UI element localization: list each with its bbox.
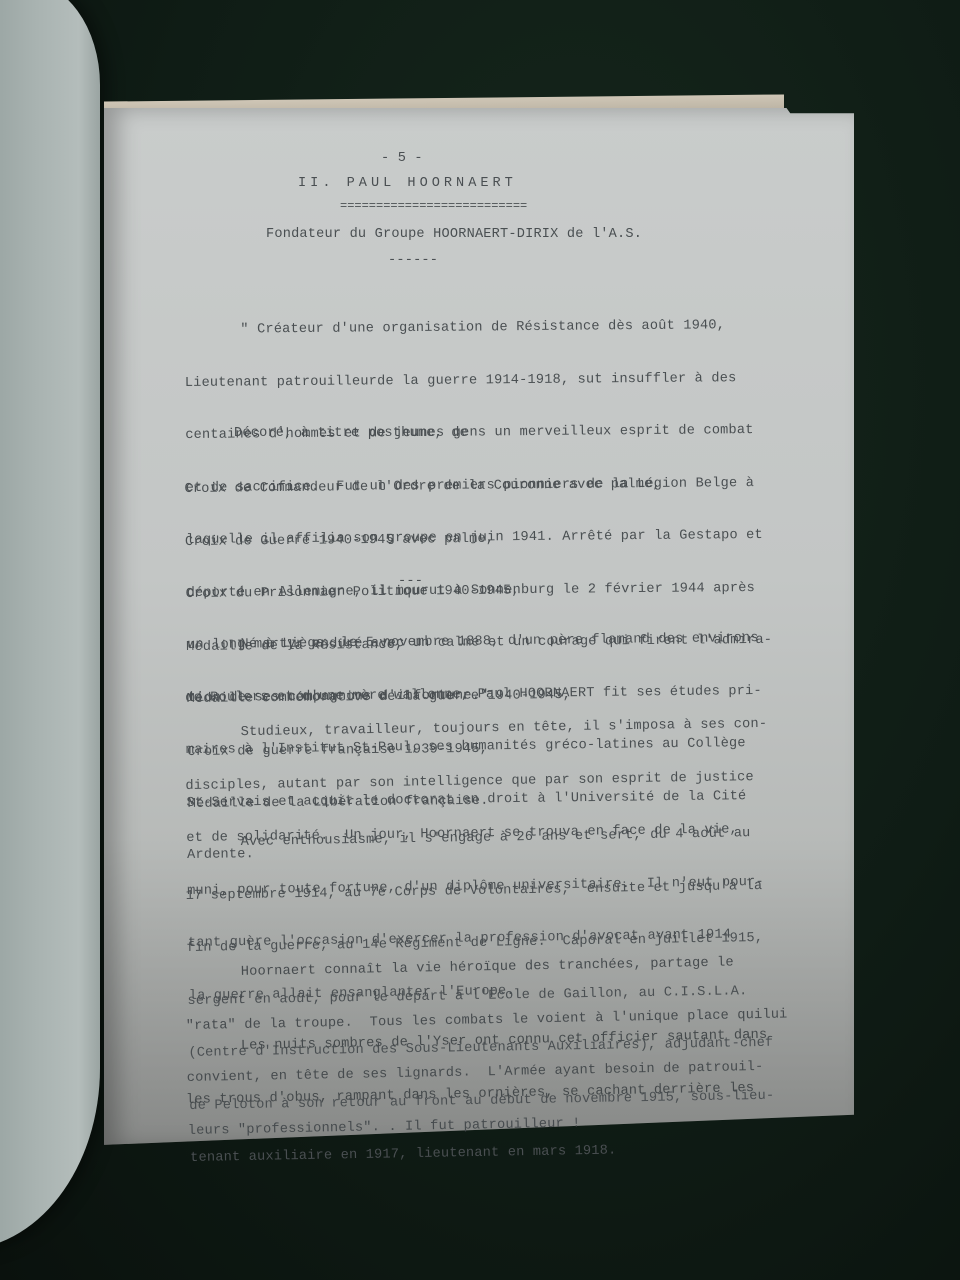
- quote-line: Lieutenant patrouilleurde la guerre 1914…: [185, 369, 770, 392]
- paragraph-line: Né à Liège, le 5 novembre 1888, d'un pèr…: [184, 630, 761, 655]
- title-underline: ==========================: [340, 198, 527, 216]
- paragraph-line: 17 septembre 1914, au 7e Corps de Volont…: [186, 877, 771, 905]
- paragraph-line: Les nuits sombres de l'Yser ont connu ce…: [185, 1027, 768, 1057]
- paragraph-line: Studieux, travailleur, toujours en tête,…: [185, 716, 768, 743]
- quote-line: " Créateur d'une organisation de Résista…: [184, 317, 769, 340]
- section-divider: ---: [398, 573, 423, 591]
- decoration-item: Croix de Guerre 1940-1945 avec palme,: [185, 529, 662, 551]
- decoration-item: Croix de Commandeur de l'Ordre de la Cou…: [184, 476, 661, 498]
- section-title: II. PAUL HOORNAERT: [298, 175, 517, 193]
- page-number: - 5 -: [381, 150, 423, 168]
- typewritten-text: - 5 - II. PAUL HOORNAERT ===============…: [0, 0, 960, 1280]
- subtitle: Fondateur du Groupe HOORNAERT-DIRIX de l…: [266, 226, 642, 244]
- decorated-intro: Décoré, à titre posthume, de: [234, 425, 468, 443]
- paragraph-line: les trous d'obus, rampant dans les orniè…: [186, 1079, 769, 1109]
- subtitle-rule: ------: [388, 252, 438, 270]
- paragraph-yser-nights: Les nuits sombres de l'Yser ont connu ce…: [184, 992, 769, 1144]
- paragraph-line: Avec enthousiasme, il s'engage à 26 ans …: [185, 825, 770, 853]
- paragraph-line: Hoornaert connaît la vie héroïque des tr…: [185, 953, 787, 982]
